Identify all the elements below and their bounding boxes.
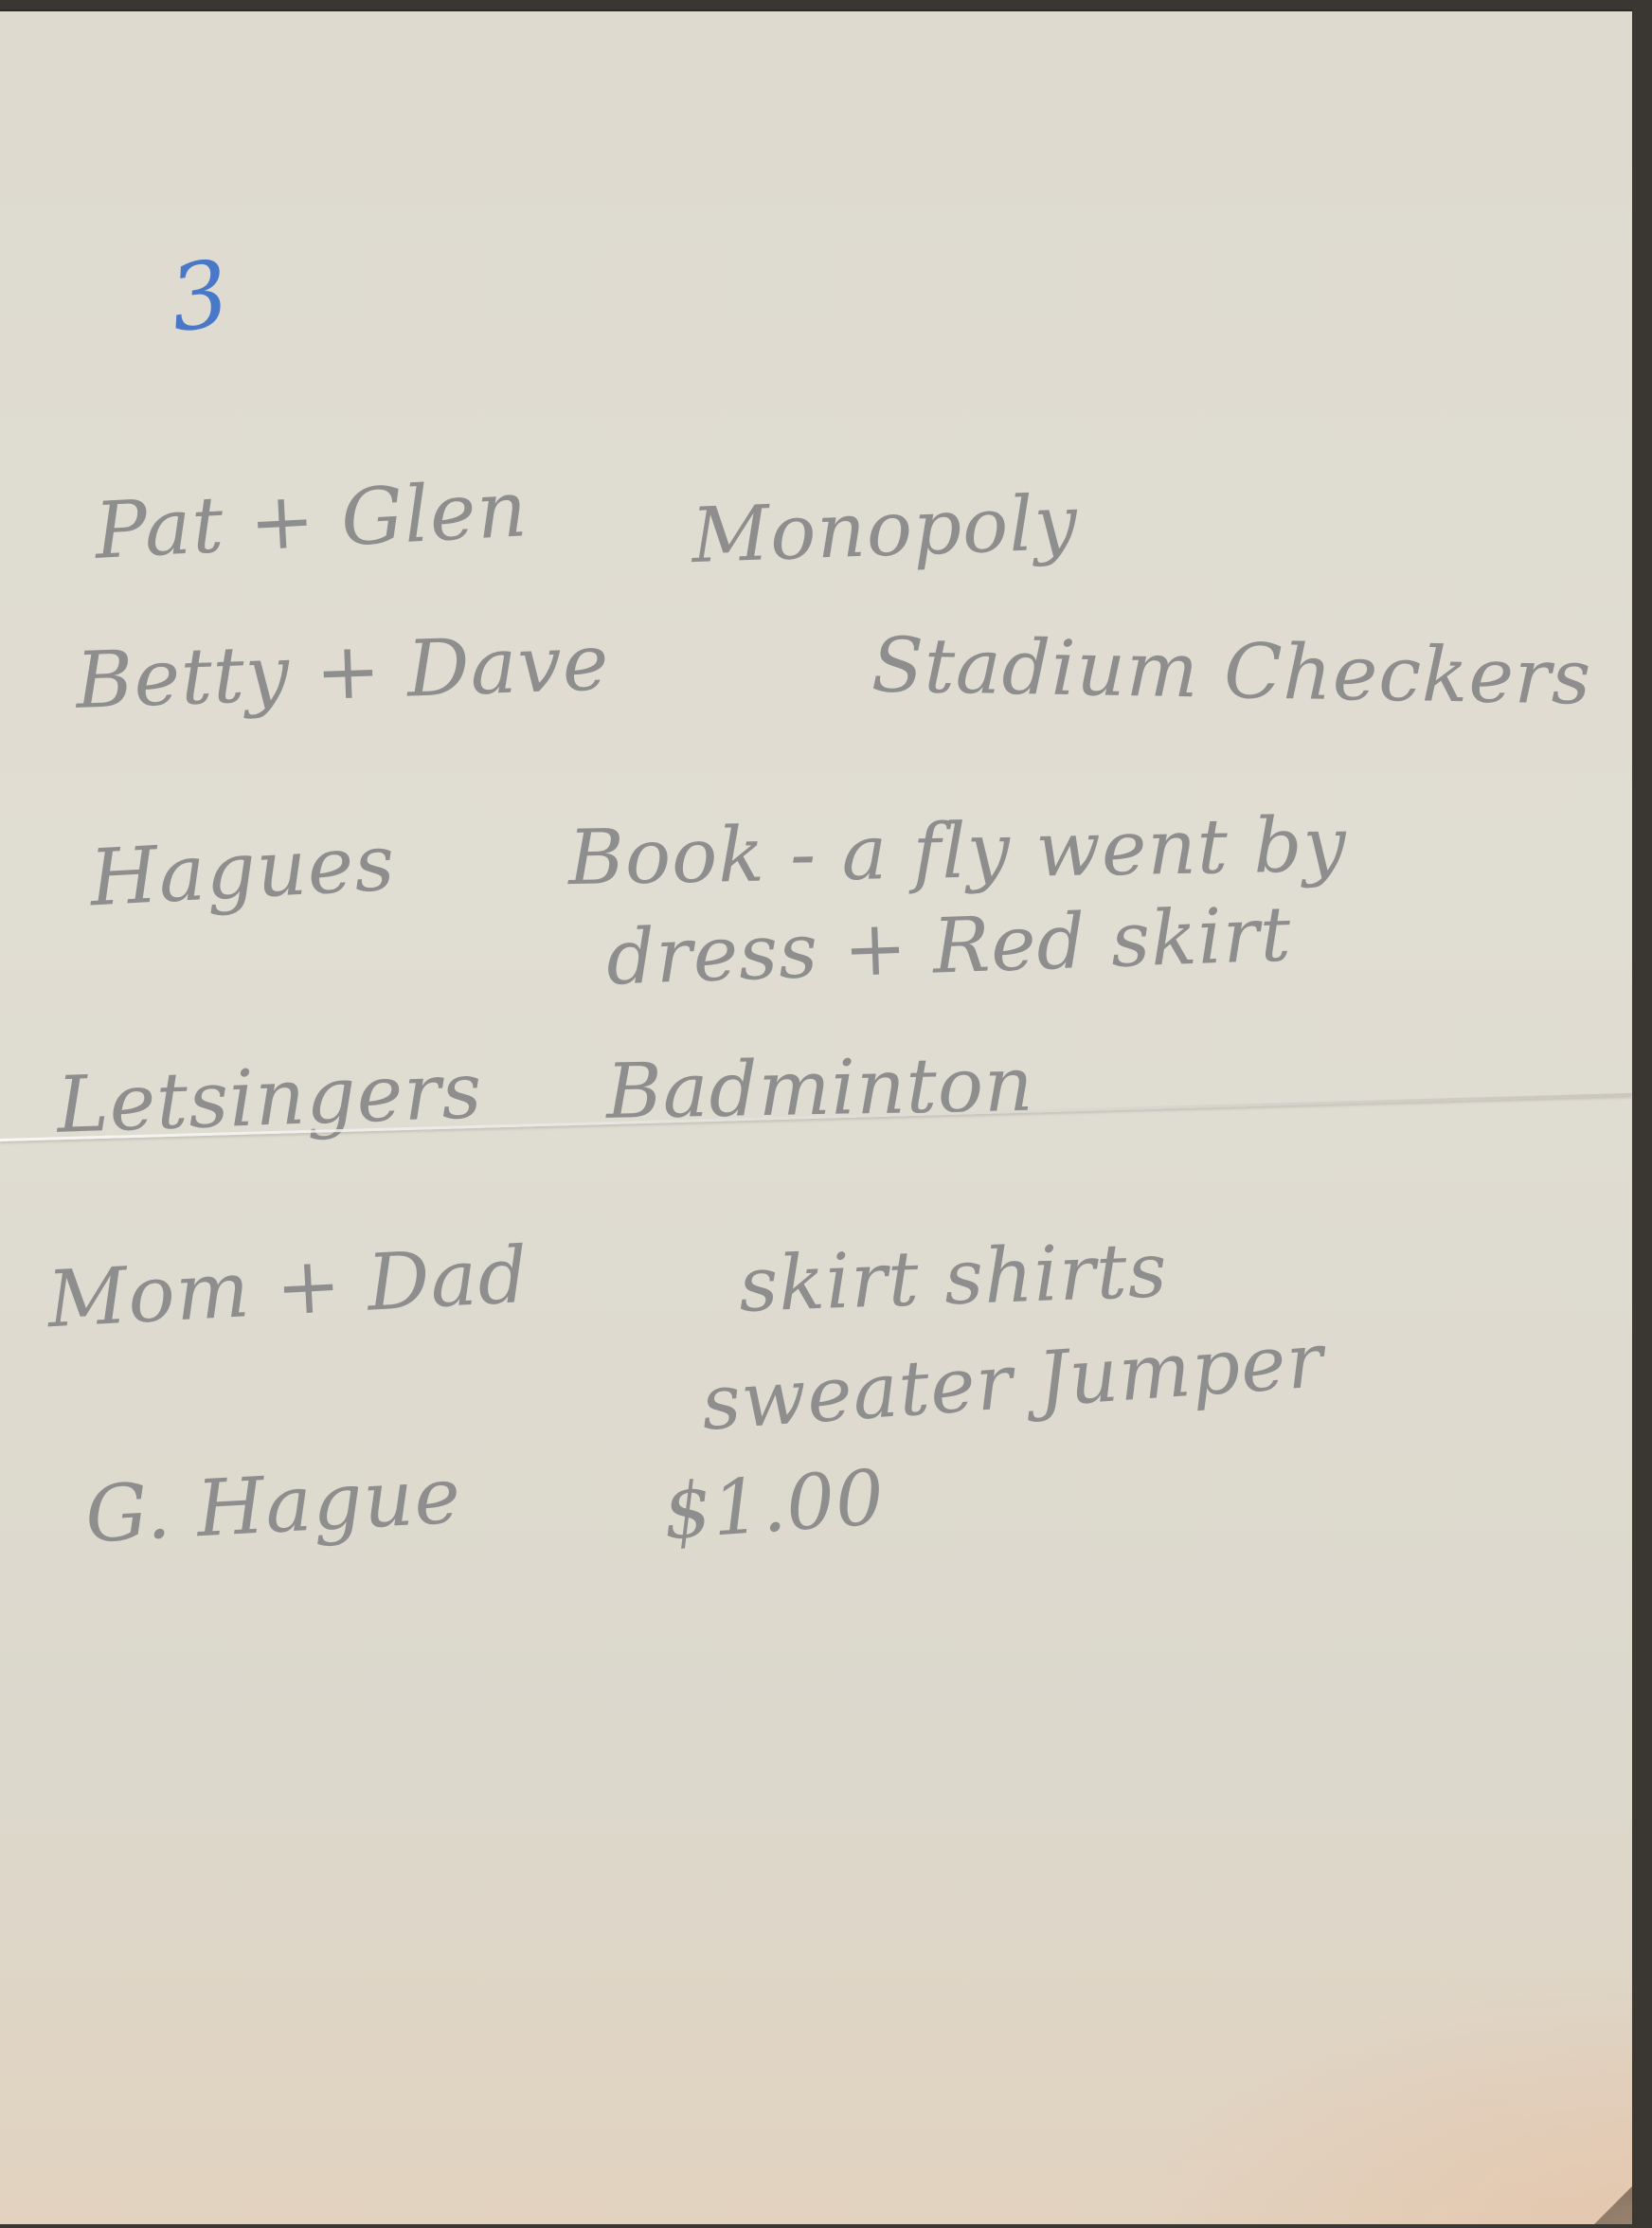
entry-name: Pat + Glen bbox=[93, 464, 530, 577]
entry-name: Betty + Dave bbox=[75, 618, 611, 727]
torn-corner bbox=[1594, 2186, 1632, 2224]
entry-gift: Stadium Checkers bbox=[871, 620, 1592, 721]
entry-gift: $1.00 bbox=[660, 1453, 888, 1556]
entry-gift: Book - a fly went by bbox=[567, 800, 1347, 902]
entry-gift: dress + Red skirt bbox=[605, 889, 1293, 1001]
entry-name: Mom + Dad bbox=[45, 1231, 530, 1345]
entry-gift: skirt shirts bbox=[738, 1226, 1170, 1329]
entry-gift: Monopoly bbox=[691, 478, 1080, 580]
entry-gift: sweater Jumper bbox=[699, 1316, 1327, 1447]
entry-name: Hagues bbox=[88, 818, 398, 925]
handwritten-page: 3 Pat + Glen Monopoly Betty + Dave Stadi… bbox=[0, 9, 1632, 2224]
page-number: 3 bbox=[164, 240, 236, 352]
entry-name: G. Hague bbox=[83, 1451, 463, 1561]
